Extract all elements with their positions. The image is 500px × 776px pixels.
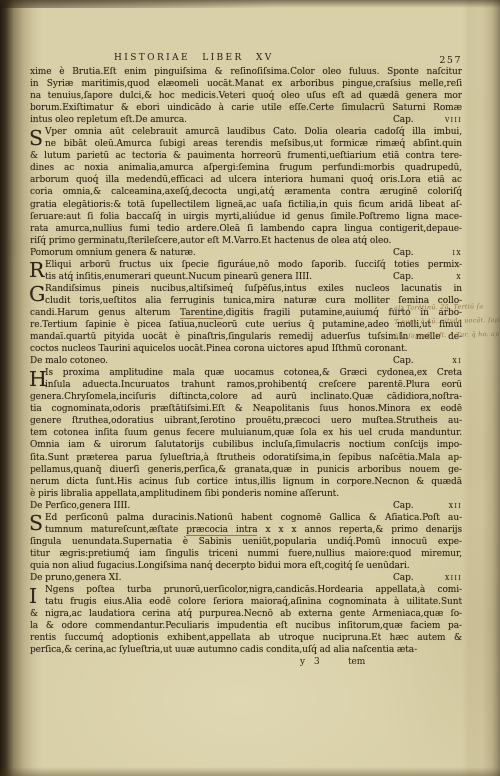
text-line: tia cognominata,odoris præſtātiſsimi.Eſt…	[30, 403, 462, 415]
line-text: tumnum matureſcunt,æſtate præcocia intra…	[45, 525, 462, 536]
line-text: xime è Brutia.Eſt enim pinguiſsima & reſ…	[30, 67, 462, 77]
line-text: tem cotonea inſita ſuum genus fecere mul…	[30, 428, 462, 438]
text-line: rata amurca,nullius fumi tedio ardere.Ol…	[30, 223, 462, 235]
text-line: in Syriæ maritimis,quod elæomeli uocāt.M…	[30, 78, 462, 90]
line-text: coctos nucleos Taurini aquicelos uocāt.P…	[30, 344, 407, 354]
text-line: xime è Brutia.Eſt enim pinguiſsima & reſ…	[30, 66, 462, 78]
text-line: Vper omnia aūt celebrauit amurcā laudibu…	[30, 126, 462, 138]
chapter-number: Cap.viii	[393, 114, 462, 126]
hand-underline-mark: præcocia intra	[186, 525, 257, 536]
text-line: riſq́ primo germinatu,ſterileſcere,autor…	[30, 235, 462, 247]
cap-label: Cap.	[393, 247, 414, 259]
line-text: Ed perſiconū palma duracinis.Nationū hab…	[45, 513, 462, 523]
line-text: genera.Chryſomela,inciſuris diſtincta,co…	[30, 392, 462, 402]
chapter-number: Cap.ix	[393, 247, 462, 259]
paragraph: SVper omnia aūt celebrauit amurcā laudib…	[30, 126, 462, 246]
line-text: dines ac noxia animalia,amurca aſpergi:ſ…	[30, 163, 462, 173]
running-title: HISTORIAE LIBER XV	[114, 53, 274, 63]
chapter-heading-line: De pruno,genera XI.Cap.xiii	[30, 572, 462, 584]
text-line: dines ac noxia animalia,amurca aſpergi:ſ…	[30, 162, 462, 174]
line-text: ſita.Sunt præterea parua ſylueſtria,à ſt…	[30, 453, 462, 463]
text-line: borum.Exiſtimatur & ebori uindicādo à ca…	[30, 102, 462, 114]
chapter-title: De malo cotoneo.	[30, 355, 393, 367]
cap-numeral: ix	[453, 247, 462, 259]
text-line: tem cotonea inſita ſuum genus fecere mul…	[30, 427, 462, 439]
paragraph: INgens poſtea turba prunorū,uerſicolor,n…	[30, 584, 462, 656]
line-text: Randiſsimus pineis nucibus,altiſsimeq́ ſ…	[45, 284, 462, 294]
chapter-title: De pruno,genera XI.	[30, 572, 393, 584]
paragraph: Pomorum omnium genera & naturæ.Cap.ix	[30, 247, 462, 259]
page-number: 257	[439, 55, 462, 66]
paragraph: HIs proxima amplitudine mala quæ uocamus…	[30, 367, 462, 500]
cap-label: Cap.	[393, 572, 414, 584]
text-line: ſeruare:aut ſi folia baccaſq́ in uirgis …	[30, 211, 462, 223]
chapter-heading-line: De Perſico,genera IIII.Cap.xii	[30, 500, 462, 512]
catchword: tem	[348, 656, 365, 669]
line-text: ſingula uenundata.Supernatia è Sabinis u…	[30, 537, 462, 547]
chapter-number: Cap.xi	[393, 355, 462, 367]
cap-label: Cap.	[393, 114, 414, 126]
chapter-number: Cap.x	[393, 271, 462, 283]
line-text: na tenuius,ſapore dulci,& hoc medicis.Ve…	[30, 91, 462, 101]
line-text: borum.Exiſtimatur & ebori uindicādo à ca…	[30, 103, 462, 113]
paragraph: SEd perſiconū palma duracinis.Nationū ha…	[30, 512, 462, 572]
text-line: ne bibāt oleū.Amurca ſubigi areas terend…	[30, 138, 462, 150]
heading-left-text: tis atq́ inſitis,enumerari queunt.	[45, 271, 188, 283]
handwritten-margin-notes: alz Tarētinū. 2ū. Tertiū ſaT nucl. q̄ 4ū…	[394, 302, 500, 344]
signature-line: y 3tem	[30, 656, 462, 669]
text-line: Omnia iam & uirorum ſalutatorijs cubilib…	[30, 439, 462, 451]
chapter-number: Cap.xii	[393, 500, 462, 512]
top-edge-shadow	[0, 0, 500, 8]
cap-label: Cap.	[393, 500, 414, 512]
chapter-number: Cap.xiii	[393, 572, 462, 584]
paragraph: xime è Brutia.Eſt enim pinguiſsima & reſ…	[30, 66, 462, 126]
line-text: ne bibāt oleū.Amurca ſubigi areas terend…	[45, 139, 462, 149]
text-line: coria omnia,& calceamina,axeſq́,decocta …	[30, 186, 462, 198]
line-text: Omnia iam & uirorum ſalutatorijs cubilib…	[30, 440, 462, 450]
line-text: quia non aliud fugacius.Longiſsima nanq́…	[30, 561, 410, 571]
text-line: tatu frugis eius.Alia eodē colore ſerior…	[30, 596, 462, 608]
gathering-signature: y 3	[300, 656, 323, 669]
chapter-heading-line: De malo cotoneo.Cap.xi	[30, 355, 462, 367]
text-line: Ngens poſtea turba prunorū,uerſicolor,ni…	[30, 584, 462, 596]
paragraph: REliqui arborū fructus uix ſpecie figurá…	[30, 259, 462, 283]
chapter-title: Pomorum omnium genera & naturæ.	[30, 247, 393, 259]
cap-label: Cap.	[393, 355, 414, 367]
cap-numeral: viii	[445, 114, 462, 126]
bottom-edge-shadow	[0, 767, 500, 776]
handwritten-note: q̄ly. ſapinū. eſt. A Tar. q̄ ho. apīd.	[394, 328, 500, 344]
line-text: titur ægris:pretiumq́ iam ſingulis trice…	[30, 549, 462, 559]
text-line: na tenuius,ſapore dulci,& hoc medicis.Ve…	[30, 90, 462, 102]
paragraph: De Perſico,genera IIII.Cap.xii	[30, 500, 462, 512]
text-line: la & odore commendantur.Peculiaris impud…	[30, 620, 462, 632]
text-line: pellamus,quanq̄ diuerſi generis,perſica,…	[30, 464, 462, 476]
line-text: rentis ſuccumq́ adoptionis exhibent,appe…	[30, 633, 462, 643]
cap-numeral: xi	[453, 355, 462, 367]
chapter-heading-line: Pomorum omnium genera & naturæ.Cap.ix	[30, 247, 462, 259]
cap-numeral: xii	[449, 500, 462, 512]
line-text: Eliqui arborū fructus uix ſpecie figuráu…	[45, 260, 462, 270]
text-line: perſica,& cerina,ac ſylueſtria,ut uuæ au…	[30, 644, 462, 656]
line-text: Is proxima amplitudine mala quæ uocamus …	[45, 368, 462, 378]
line-text: la & odore commendantur.Peculiaris impud…	[30, 621, 462, 631]
line-text: gratia elegātioris:& totā ſupellectilem …	[30, 200, 462, 210]
line-text: pellamus,quanq̄ diuerſi generis,perſica,…	[30, 465, 462, 475]
line-text: in Syriæ maritimis,quod elæomeli uocāt.M…	[30, 79, 462, 89]
text-line: 10arborum quoq́ illa medendū,efficaci ad…	[30, 174, 462, 186]
line-text: ſeruare:aut ſi folia baccaſq́ in uirgis …	[30, 212, 462, 222]
text-line: nerum dicta ſunt.His acinus ſub cortice …	[30, 476, 462, 488]
text-line: & lutum parietū ac tectoria & pauimenta …	[30, 150, 462, 162]
line-text: riſq́ primo germinatu,ſterileſcere,autor…	[30, 236, 391, 246]
text-line: 40ſingula uenundata.Supernatia è Sabinis…	[30, 536, 462, 548]
chapter-title: De amurca.	[135, 114, 393, 126]
line-text: nerum dicta ſunt.His acinus ſub cortice …	[30, 477, 462, 487]
text-line: quia non aliud fugacius.Longiſsima nanq́…	[30, 560, 462, 572]
text-line: gratia elegātioris:& totā ſupellectilem …	[30, 199, 462, 211]
text-line: coctos nucleos Taurini aquicelos uocāt.P…	[30, 343, 462, 355]
cap-label: Cap.	[393, 271, 414, 283]
line-text: Ngens poſtea turba prunorū,uerſicolor,ni…	[45, 585, 462, 595]
chapter-heading-line: tis atq́ inſitis,enumerari queunt.Nucum …	[30, 271, 462, 283]
line-text: & lutum parietū ac tectoria & pauimenta …	[30, 151, 462, 161]
text-line: rentis ſuccumq́ adoptionis exhibent,appe…	[30, 632, 462, 644]
hand-underline-mark: Tarentine	[180, 308, 223, 319]
chapter-heading-line: intus oleo repletum eſt.De amurca.Cap.vi…	[30, 114, 462, 126]
text-line: genera.Chryſomela,inciſuris diſtincta,co…	[30, 391, 462, 403]
line-text: tatu frugis eius.Alia eodē colore ſerior…	[45, 597, 462, 607]
line-text: perſica,& cerina,ac ſylueſtria,ut uuæ au…	[30, 645, 417, 655]
text-line: tumnum matureſcunt,æſtate præcocia intra…	[30, 524, 462, 536]
paragraph: De pruno,genera XI.Cap.xiii	[30, 572, 462, 584]
text-line: ſita.Sunt præterea parua ſylueſtria,à ſt…	[30, 452, 462, 464]
text-line: Eliqui arborū fructus uix ſpecie figuráu…	[30, 259, 462, 271]
line-text: è piris libralia appellata,amplitudinem …	[30, 489, 339, 499]
cap-numeral: x	[456, 271, 462, 283]
text-line: Ed perſiconū palma duracinis.Nationū hab…	[30, 512, 462, 524]
text-line: è piris libralia appellata,amplitudinem …	[30, 488, 462, 500]
page-header: HISTORIAE LIBER XV 257	[30, 53, 462, 66]
text-line: Is proxima amplitudine mala quæ uocamus …	[30, 367, 462, 379]
paragraph: De malo cotoneo.Cap.xi	[30, 355, 462, 367]
line-text: & nigra,ac laudatiora cerina atq́ purpur…	[30, 609, 462, 619]
line-text: genere ſtruthea,odoratius uibrant,ſeroti…	[30, 416, 462, 426]
text-block: xime è Brutia.Eſt enim pinguiſsima & reſ…	[30, 66, 462, 669]
heading-left-text: intus oleo repletum eſt.	[30, 114, 135, 126]
text-line: inſula aduecta.Incuruatos trahunt ramos,…	[30, 379, 462, 391]
line-text: rata amurca,nullius fumi tedio ardere.Ol…	[30, 224, 462, 234]
text-line: & nigra,ac laudatiora cerina atq́ purpur…	[30, 608, 462, 620]
chapter-title: Nucum pinearū genera IIII.	[188, 271, 393, 283]
cap-numeral: xiii	[445, 572, 462, 584]
line-text: arborum quoq́ illa medendū,efficaci ad u…	[30, 175, 462, 185]
text-line: 30genere ſtruthea,odoratius uibrant,ſero…	[30, 415, 462, 427]
text-line: titur ægris:pretiumq́ iam ſingulis trice…	[30, 548, 462, 560]
line-text: tia cognominata,odoris præſtātiſsimi.Eſt…	[30, 404, 462, 414]
chapter-title: De Perſico,genera IIII.	[30, 500, 393, 512]
book-page-photo: HISTORIAE LIBER XV 257 xime è Brutia.Eſt…	[0, 0, 500, 776]
line-text: Vper omnia aūt celebrauit amurcā laudibu…	[45, 127, 462, 137]
text-line: Randiſsimus pineis nucibus,altiſsimeq́ ſ…	[30, 283, 462, 295]
fore-edge-band	[462, 0, 500, 776]
line-text: coria omnia,& calceamina,axeſq́,decocta …	[30, 187, 462, 197]
line-text: inſula aduecta.Incuruatos trahunt ramos,…	[45, 380, 462, 390]
